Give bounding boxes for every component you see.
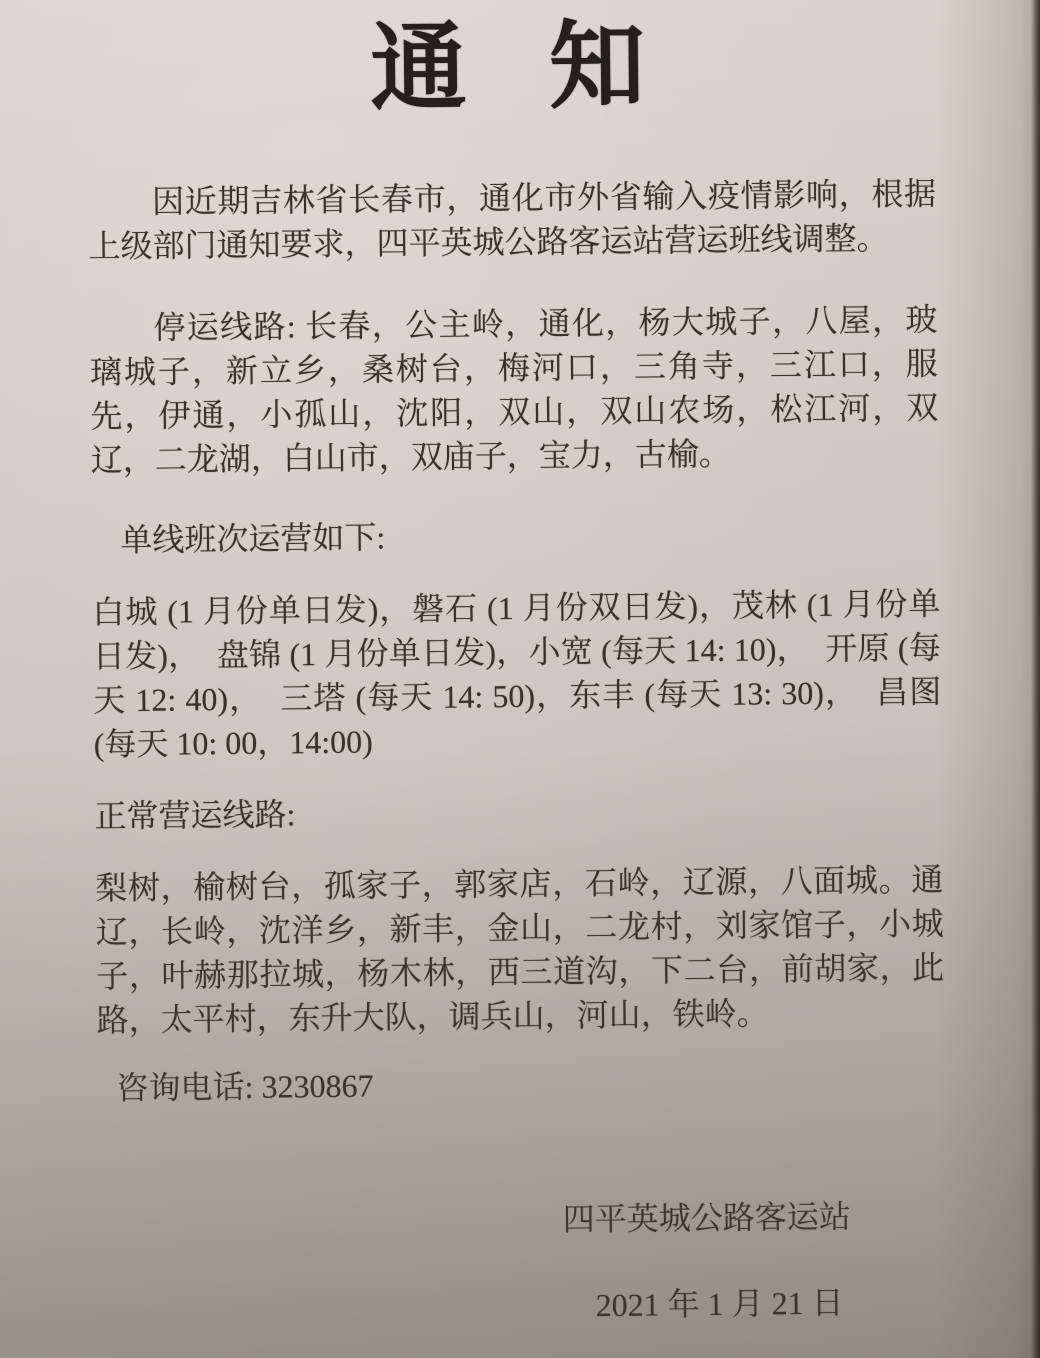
contact-phone-number: 3230867: [261, 1067, 373, 1104]
contact-phone-line: 咨询电话: 3230867: [97, 1057, 945, 1110]
normal-routes-heading: 正常营运线路:: [94, 785, 942, 838]
contact-phone-label: 咨询电话:: [116, 1068, 261, 1106]
notice-document-photo: 通 知 因近期吉林省长春市，通化市外省输入疫情影响，根据上级部门通知要求，四平英…: [0, 0, 1040, 1358]
normal-routes-paragraph: 梨树，榆树台，孤家子，郭家店，石岭，辽源，八面城。通辽，长岭，沈洋乡，新丰，金山…: [95, 857, 945, 1042]
suspended-routes-paragraph: 停运线路: 长春，公主岭，通化，杨大城子，八屋，玻璃城子，新立乡，桑树台，梅河口…: [89, 297, 939, 482]
single-line-schedule-paragraph: 白城 (1 月份单日发)，磐石 (1 月份双日发)，茂林 (1 月份单日发)， …: [92, 581, 942, 766]
intro-paragraph: 因近期吉林省长春市，通化市外省输入疫情影响，根据上级部门通知要求，四平英城公路客…: [88, 171, 937, 268]
issuer-signature: 四平英城公路客运站: [99, 1193, 947, 1246]
notice-title: 通 知: [86, 10, 935, 126]
issue-date: 2021 年 1 月 21 日: [99, 1279, 947, 1332]
single-line-heading: 单线班次运营如下:: [91, 509, 939, 562]
paper-edge-shadow: [1031, 0, 1040, 1358]
notice-body: 通 知 因近期吉林省长春市，通化市外省输入疫情影响，根据上级部门通知要求，四平英…: [86, 0, 948, 1332]
suspended-routes-label: 停运线路:: [153, 308, 305, 346]
